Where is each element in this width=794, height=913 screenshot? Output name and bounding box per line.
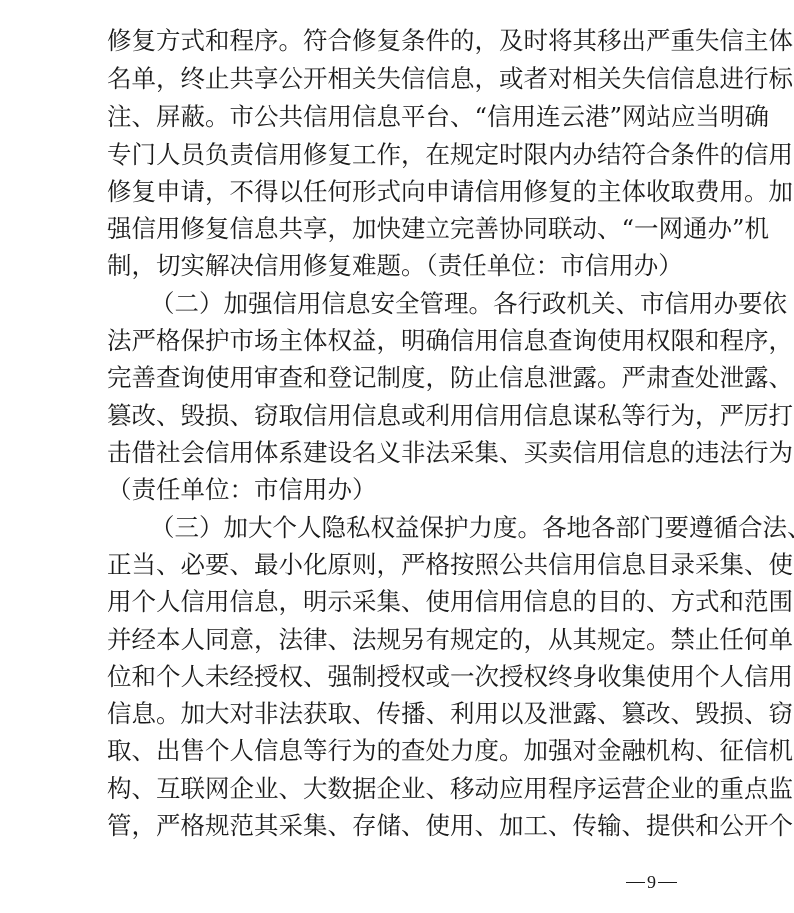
responsibility-note: （责任单位：市信用办） xyxy=(107,473,695,507)
text-line: 击借社会信用体系建设名义非法采集、买卖信用信息的违法行为。 xyxy=(107,436,695,470)
responsibility-note: 制，切实解决信用修复难题。（责任单位：市信用办） xyxy=(107,249,695,283)
text-line: 信息。加大对非法获取、传播、利用以及泄露、篡改、毁损、窃 xyxy=(107,697,695,731)
text-line: 正当、必要、最小化原则，严格按照公共信用信息目录采集、使 xyxy=(107,548,695,582)
text-line: 并经本人同意，法律、法规另有规定的，从其规定。禁止任何单 xyxy=(107,623,695,657)
text-line: 篡改、毁损、窃取信用信息或利用信用信息谋私等行为，严厉打 xyxy=(107,399,695,433)
text-line: 名单，终止共享公开相关失信信息，或者对相关失信信息进行标 xyxy=(107,62,695,96)
text-line: 强信用修复信息共享，加快建立完善协同联动、“一网通办”机 xyxy=(107,212,695,246)
text-line: 修复方式和程序。符合修复条件的，及时将其移出严重失信主体 xyxy=(107,24,695,58)
section-heading-3: （三）加大个人隐私权益保护力度。各地各部门要遵循合法、 xyxy=(150,511,695,545)
text-line: 修复申请，不得以任何形式向申请信用修复的主体收取费用。加 xyxy=(107,175,695,209)
page-number-dash-right xyxy=(658,882,677,883)
text-line: 管，严格规范其采集、存储、使用、加工、传输、提供和公开个 xyxy=(107,809,695,843)
text-line: 位和个人未经授权、强制授权或一次授权终身收集使用个人信用 xyxy=(107,660,695,694)
text-line: 注、屏蔽。市公共信用信息平台、“信用连云港”网站应当明确 xyxy=(107,100,695,134)
section-heading-2: （二）加强信用信息安全管理。各行政机关、市信用办要依 xyxy=(150,287,695,321)
page-number-dash-left xyxy=(626,882,645,883)
page-number-value: 9 xyxy=(647,870,656,894)
text-line: 完善查询使用审查和登记制度，防止信息泄露。严肃查处泄露、 xyxy=(107,361,695,395)
text-line: 专门人员负责信用修复工作，在规定时限内办结符合条件的信用 xyxy=(107,138,695,172)
document-page: 修复方式和程序。符合修复条件的，及时将其移出严重失信主体 名单，终止共享公开相关… xyxy=(0,0,794,913)
text-line: 构、互联网企业、大数据企业、移动应用程序运营企业的重点监 xyxy=(107,772,695,806)
page-number: 9 xyxy=(624,870,679,894)
text-line: 法严格保护市场主体权益，明确信用信息查询使用权限和程序， xyxy=(107,324,695,358)
text-line: 取、出售个人信息等行为的查处力度。加强对金融机构、征信机 xyxy=(107,734,695,768)
text-line: 用个人信用信息，明示采集、使用信用信息的目的、方式和范围 xyxy=(107,585,695,619)
